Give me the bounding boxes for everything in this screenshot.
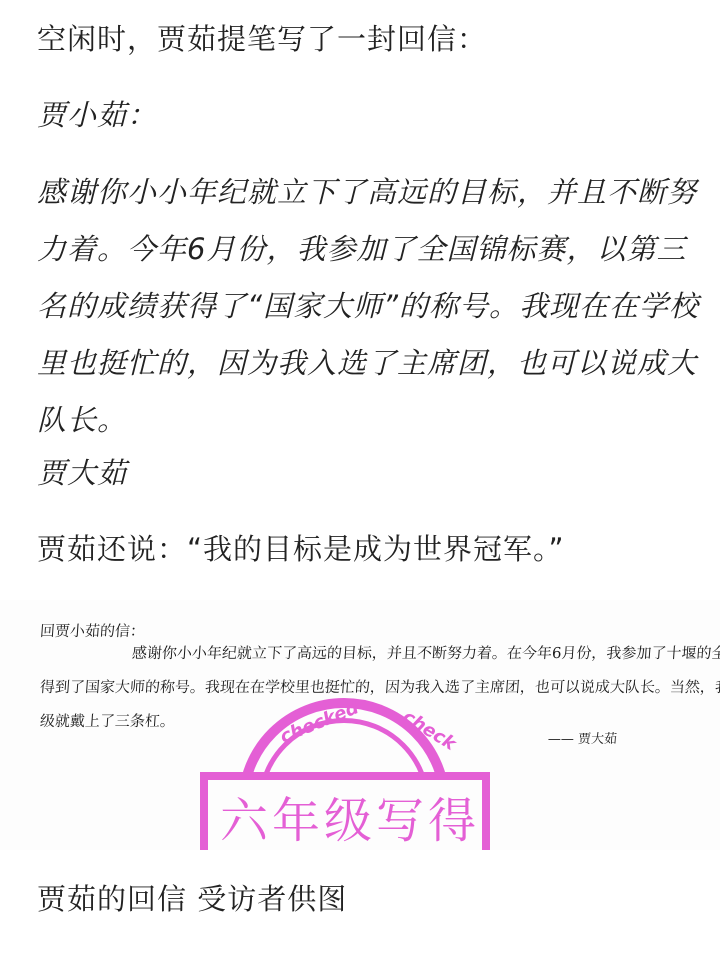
letter-salutation: 贾小茹： [37,88,700,142]
handwritten-letter-image: 回贾小茹的信： 感谢你小小年纪就立下了高远的目标，并且不断努力着。在今年6月份，… [0,600,720,850]
stamp-label: 六年级写得 [220,782,480,850]
handwriting-line: 级就戴上了三条杠。 [39,710,175,731]
handwriting-line: 得到了国家大师的称号。我现在在学校里也挺忙的，因为我入选了主席团，也可以说成大队… [39,676,720,697]
handwriting-title: 回贾小茹的信： [39,620,145,641]
handwriting-line: 感谢你小小年纪就立下了高远的目标，并且不断努力着。在今年6月份，我参加了十堰的全… [131,642,720,663]
intro-paragraph: 空闲时，贾茹提笔写了一封回信： [37,12,700,66]
letter-signature: 贾大茹 [37,446,700,500]
image-caption: 贾茹的回信 受访者供图 [37,872,700,926]
letter-body: 感谢你小小年纪就立下了高远的目标，并且不断努力着。今年6月份，我参加了全国锦标赛… [37,164,700,449]
handwriting-signature: —— 贾大茹 [547,728,617,747]
stamp-label-box: 六年级写得 [200,772,490,850]
quote-paragraph: 贾茹还说：“我的目标是成为世界冠军。” [37,522,700,576]
pink-stamp: checked check 六年级写得 [200,698,490,850]
